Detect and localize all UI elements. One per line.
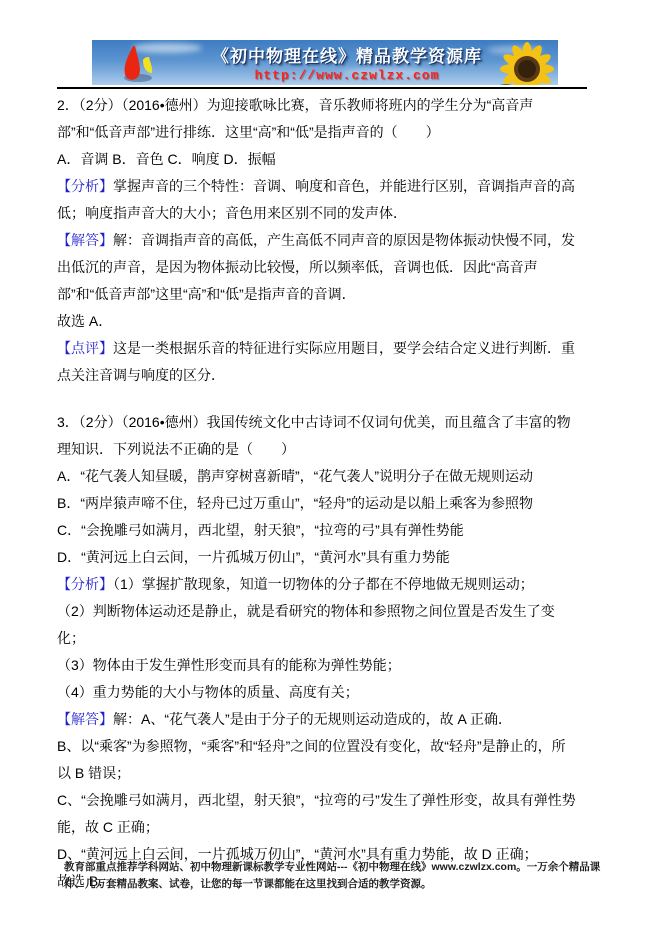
flame-logo-icon (116, 44, 164, 84)
question-3-analysis-1: 【分析】（1）掌握扩散现象，知道一切物体的分子都在不停地做无规则运动； (57, 571, 577, 598)
question-2-options: A．音调 B．音色 C．响度 D．振幅 (57, 146, 577, 173)
analysis-text: 掌握声音的三个特性：音调、响度和音色，并能进行区别，音调指声音的高低；响度指声音… (57, 178, 575, 221)
site-title: 《初中物理在线》精品教学资源库 (182, 42, 512, 67)
question-2-stem: 2．（2分）（2016•德州）为迎接歌咏比赛，音乐教师将班内的学生分为“高音声部… (57, 92, 577, 146)
question-3-answer-a: 【解答】解：A、“花气袭人”是由于分子的无规则运动造成的，故 A 正确． (57, 706, 577, 733)
site-url[interactable]: http://www.czwlzx.com (182, 68, 512, 83)
question-3-answer-b: B、以“乘客”为参照物，“乘客”和“轻舟”之间的位置没有变化，故“轻舟”是静止的… (57, 733, 577, 787)
question-3-analysis-2: （2）判断物体运动还是静止，就是看研究的物体和参照物之间位置是否发生了变化； (57, 598, 577, 652)
question-2-answer: 【解答】解：音调指声音的高低，产生高低不同声音的原因是物体振动快慢不同，发出低沉… (57, 227, 577, 308)
question-3-answer-c: C、“会挽雕弓如满月，西北望，射天狼”，“拉弯的弓”发生了弹性形变，故具有弹性势… (57, 787, 577, 841)
question-2-analysis: 【分析】掌握声音的三个特性：音调、响度和音色，并能进行区别，音调指声音的高低；响… (57, 173, 577, 227)
comment-text: 这是一类根据乐音的特征进行实际应用题目，要学会结合定义进行判断．重点关注音调与响… (57, 340, 575, 383)
answer-label: 【解答】 (57, 711, 113, 727)
analysis-label: 【分析】 (57, 178, 113, 194)
header-divider (57, 87, 587, 89)
analysis-item: （1）掌握扩散现象，知道一切物体的分子都在不停地做无规则运动； (113, 576, 534, 592)
banner-text-group: 《初中物理在线》精品教学资源库 http://www.czwlzx.com (182, 42, 512, 83)
page-footer: 教育部重点推荐学科网站、初中物理新课标教学专业性网站---《初中物理在线》www… (64, 859, 609, 893)
question-3-option-c: C．“会挽雕弓如满月，西北望，射天狼”，“拉弯的弓”具有弹性势能 (57, 517, 577, 544)
question-3-block: 3．（2分）（2016•德州）我国传统文化中古诗词不仅词句优美，而且蕴含了丰富的… (57, 409, 577, 895)
question-3-stem: 3．（2分）（2016•德州）我国传统文化中古诗词不仅词句优美，而且蕴含了丰富的… (57, 409, 577, 463)
question-3-option-d: D．“黄河远上白云间，一片孤城万仞山”，“黄河水”具有重力势能 (57, 544, 577, 571)
question-2-comment: 【点评】这是一类根据乐音的特征进行实际应用题目，要学会结合定义进行判断．重点关注… (57, 335, 577, 389)
question-3-option-b: B．“两岸猿声啼不住，轻舟已过万重山”，“轻舟”的运动是以船上乘客为参照物 (57, 490, 577, 517)
question-3-option-a: A．“花气袭人知昼暖，鹊声穿树喜新晴”，“花气袭人”说明分子在做无规则运动 (57, 463, 577, 490)
answer-item: 解：A、“花气袭人”是由于分子的无规则运动造成的，故 A 正确． (113, 711, 512, 727)
analysis-label: 【分析】 (57, 576, 113, 592)
sunflower-icon (494, 40, 556, 85)
question-2-conclusion: 故选 A． (57, 308, 577, 335)
question-3-analysis-3: （3）物体由于发生弹性形变而具有的能称为弹性势能； (57, 652, 577, 679)
document-body: 2．（2分）（2016•德州）为迎接歌咏比赛，音乐教师将班内的学生分为“高音声部… (57, 92, 577, 895)
question-3-analysis-4: （4）重力势能的大小与物体的质量、高度有关； (57, 679, 577, 706)
answer-label: 【解答】 (57, 232, 113, 248)
answer-text: 解：音调指声音的高低，产生高低不同声音的原因是物体振动快慢不同，发出低沉的声音，… (57, 232, 575, 302)
comment-label: 【点评】 (57, 340, 113, 356)
document-page: 《初中物理在线》精品教学资源库 http://www.czwlzx.com (0, 0, 661, 936)
site-banner: 《初中物理在线》精品教学资源库 http://www.czwlzx.com (92, 40, 558, 85)
